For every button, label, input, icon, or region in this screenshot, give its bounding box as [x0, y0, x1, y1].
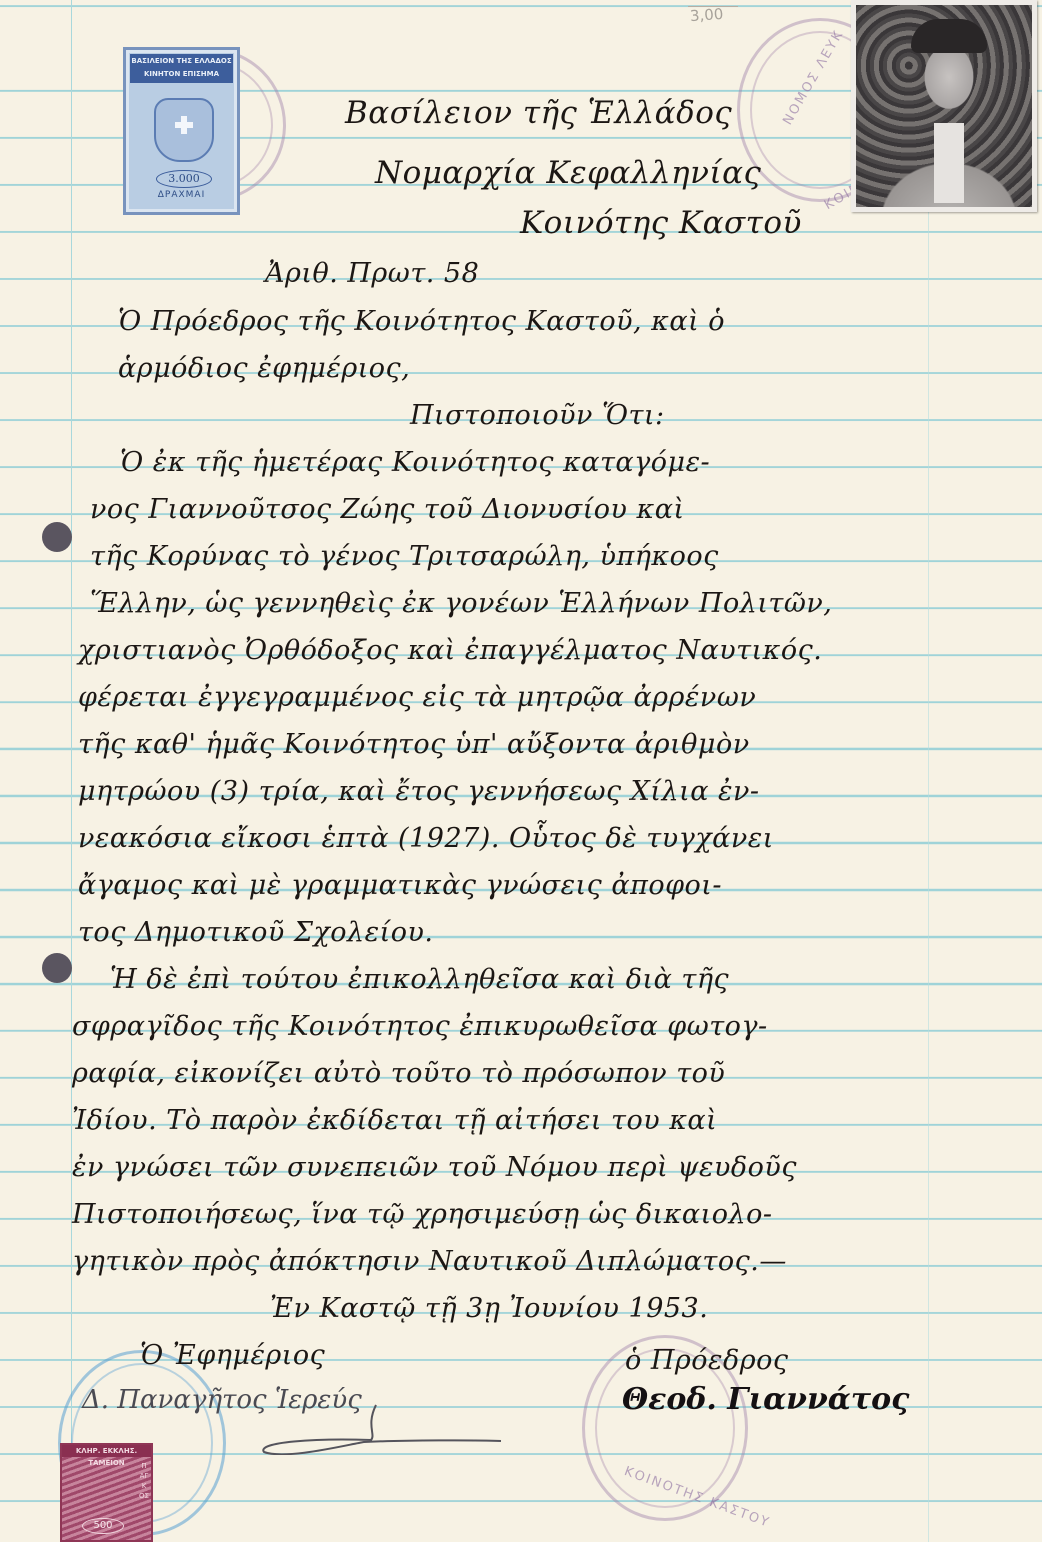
- place-and-date: Ἐν Καστῷ τῇ 3ῃ Ἰουνίου 1953.: [270, 1293, 708, 1324]
- punch-hole-lower: [42, 953, 72, 983]
- body-line: τῆς Κορύνας τὸ γένος Τριτσαρώλη, ὑπήκοος: [90, 541, 719, 572]
- body-line: Ἡ δὲ ἐπὶ τούτου ἐπικολληθεῖσα καὶ διὰ τῆ…: [110, 964, 729, 995]
- coat-of-arms-icon: [154, 98, 214, 162]
- stamp-currency: ΔΡΑΧΜΑΙ: [126, 190, 237, 200]
- priest-title: Ὁ Ἐφημέριος: [140, 1340, 325, 1371]
- body-line: γητικὸν πρὸς ἀπόκτησιν Ναυτικοῦ Διπλώματ…: [72, 1246, 787, 1277]
- body-line: μητρώου (3) τρία, καὶ ἔτος γεννήσεως Χίλ…: [78, 776, 760, 807]
- intro-line-1: Ὁ Πρόεδρος τῆς Κοινότητος Καστοῦ, καὶ ὁ: [118, 306, 725, 337]
- portrait-photo: [851, 0, 1037, 212]
- body-line: τος Δημοτικοῦ Σχολείου.: [78, 917, 434, 948]
- red-stamp-value: 500: [82, 1518, 124, 1534]
- red-stamp-header: ΚΛΗΡ. ΕΚΚΛΗΣ. ΤΑΜΕΙΟΝ: [62, 1445, 151, 1457]
- heading-community: Κοινότης Καστοῦ: [520, 205, 802, 241]
- heading-kingdom: Βασίλειον τῆς Ἑλλάδος: [345, 95, 732, 131]
- punch-hole-upper: [42, 522, 72, 552]
- body-line: νος Γιαννοῦτσος Ζώης τοῦ Διονυσίου καὶ: [90, 494, 685, 525]
- body-line: ραφία, εἰκονίζει αὐτὸ τοῦτο τὸ πρόσωπον …: [72, 1058, 725, 1089]
- president-title: ὁ Πρόεδρος: [625, 1345, 789, 1376]
- revenue-stamp-header: ΒΑΣΙΛΕΙΟΝ ΤΗΣ ΕΛΛΑΔΟΣ ΚΙΝΗΤΟΝ ΕΠΙΣΗΜΑ: [130, 54, 233, 83]
- cross-icon: [175, 116, 193, 134]
- red-stamp-side: ΠΑΓΚΟΣ: [139, 1461, 149, 1501]
- pencil-note: 3,00: [689, 5, 724, 25]
- body-line: φέρεται ἐγγεγραμμένος εἰς τὰ μητρῷα ἀρρέ…: [78, 682, 756, 713]
- margin-rule: [71, 0, 72, 1542]
- body-line: ἐν γνώσει τῶν συνεπειῶν τοῦ Νόμου περὶ ψ…: [72, 1152, 797, 1183]
- stamp-header-line2: ΚΙΝΗΤΟΝ ΕΠΙΣΗΜΑ: [130, 68, 233, 81]
- revenue-stamp-bottom: ΚΛΗΡ. ΕΚΚΛΗΣ. ΤΑΜΕΙΟΝ ΠΑΓΚΟΣ 500: [60, 1443, 153, 1542]
- protocol-number: Ἀριθ. Πρωτ. 58: [265, 258, 479, 289]
- signature-flourish-icon: [256, 1400, 506, 1455]
- body-line: ἄγαμος καὶ μὲ γραμματικὰς γνώσεις ἀποφοι…: [78, 870, 722, 901]
- stamp-value: 3.000: [156, 170, 212, 188]
- body-line: χριστιανὸς Ὀρθόδοξος καὶ ἐπαγγέλματος Να…: [78, 635, 822, 666]
- body-line: Πιστοποιήσεως, ἵνα τῷ χρησιμεύσῃ ὡς δικα…: [72, 1199, 773, 1230]
- revenue-stamp-top: ΒΑΣΙΛΕΙΟΝ ΤΗΣ ΕΛΛΑΔΟΣ ΚΙΝΗΤΟΝ ΕΠΙΣΗΜΑ 3.…: [123, 47, 240, 215]
- certify-heading: Πιστοποιοῦν Ὅτι:: [410, 400, 665, 431]
- president-signature: Θεοδ. Γιαννάτος: [622, 1382, 909, 1417]
- body-line: τῆς καθ' ἡμᾶς Κοινότητος ὑπ' αὔξοντα ἀρι…: [78, 729, 750, 760]
- body-line: σφραγῖδος τῆς Κοινότητος ἐπικυρωθεῖσα φω…: [72, 1011, 768, 1042]
- photo-hair: [911, 19, 987, 53]
- body-line: Ἰδίου. Τὸ παρὸν ἐκδίδεται τῇ αἰτήσει του…: [72, 1105, 717, 1136]
- stamp-header-line1: ΒΑΣΙΛΕΙΟΝ ΤΗΣ ΕΛΛΑΔΟΣ: [130, 55, 233, 68]
- body-line: Ὁ ἐκ τῆς ἡμετέρας Κοινότητος καταγόμε-: [120, 447, 710, 478]
- intro-line-2: ἁρμόδιος ἐφημέριος,: [118, 353, 410, 384]
- right-margin-rule: [928, 0, 929, 1542]
- photo-shirt: [934, 123, 964, 203]
- heading-prefecture: Νομαρχία Κεφαλληνίας: [375, 155, 761, 191]
- body-line: νεακόσια εἴκοσι ἑπτὰ (1927). Οὗτος δὲ τυ…: [78, 823, 774, 854]
- body-line: Ἕλλην, ὡς γεννηθεὶς ἐκ γονέων Ἑλλήνων Πο…: [90, 588, 832, 619]
